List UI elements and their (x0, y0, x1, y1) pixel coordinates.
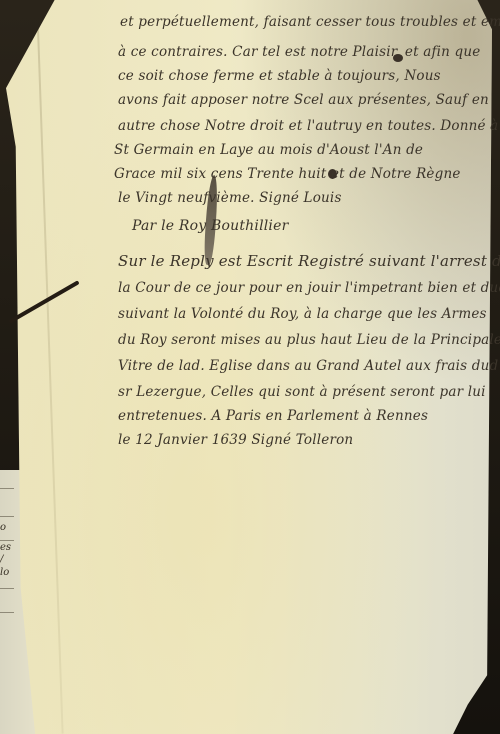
text-line: ce soit chose ferme et stable à toujours… (118, 68, 441, 84)
text-line: Grace mil six cens Trente huit et de Not… (114, 166, 461, 182)
text-line: suivant la Volonté du Roy, à la charge q… (118, 306, 487, 322)
text-line: à ce contraires. Car tel est notre Plais… (118, 44, 480, 60)
signature-line: Par le Roy Bouthillier (132, 218, 289, 234)
text-line: autre chose Notre droit et l'autruy en t… (118, 118, 498, 134)
text-line: Vitre de lad. Eglise dans au Grand Autel… (118, 358, 498, 374)
text-line: St Germain en Laye au mois d'Aoust l'An … (114, 142, 423, 158)
text-line: et perpétuellement, faisant cesser tous … (120, 14, 500, 30)
text-line: le Vingt neufvième. Signé Louis (118, 190, 342, 206)
text-line: la Cour de ce jour pour en jouir l'impet… (118, 280, 500, 296)
text-line: avons fait apposer notre Scel aux présen… (118, 92, 489, 108)
text-line: sr Lezergue, Celles qui sont à présent s… (118, 384, 486, 400)
text-line: entretenues. A Paris en Parlement à Renn… (118, 408, 428, 424)
text-line: Sur le Reply est Escrit Registré suivant… (118, 252, 500, 270)
manuscript-text: et perpétuellement, faisant cesser tous … (0, 0, 500, 734)
date-signature-line: le 12 Janvier 1639 Signé Tolleron (118, 432, 353, 448)
text-line: du Roy seront mises au plus haut Lieu de… (118, 332, 500, 348)
